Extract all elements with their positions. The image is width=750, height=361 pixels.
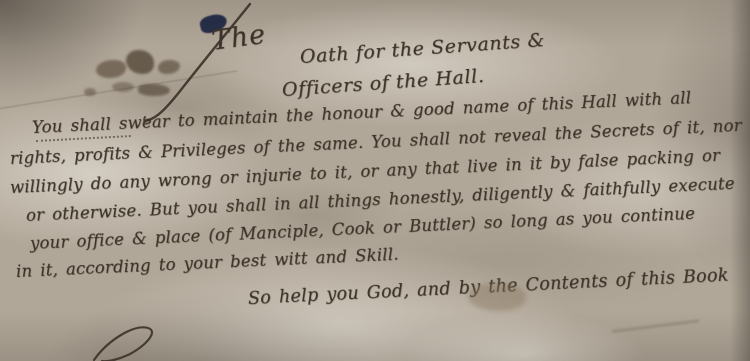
title-line-2: Officers of the Hall.	[281, 65, 485, 101]
stain	[96, 60, 126, 78]
manuscript-photo: The Oath for the Servants & Officers of …	[0, 0, 750, 361]
pencil-mark	[612, 319, 700, 333]
title-line-1: Oath for the Servants &	[299, 29, 545, 68]
partial-flourish	[82, 318, 192, 361]
smudge	[468, 283, 526, 311]
